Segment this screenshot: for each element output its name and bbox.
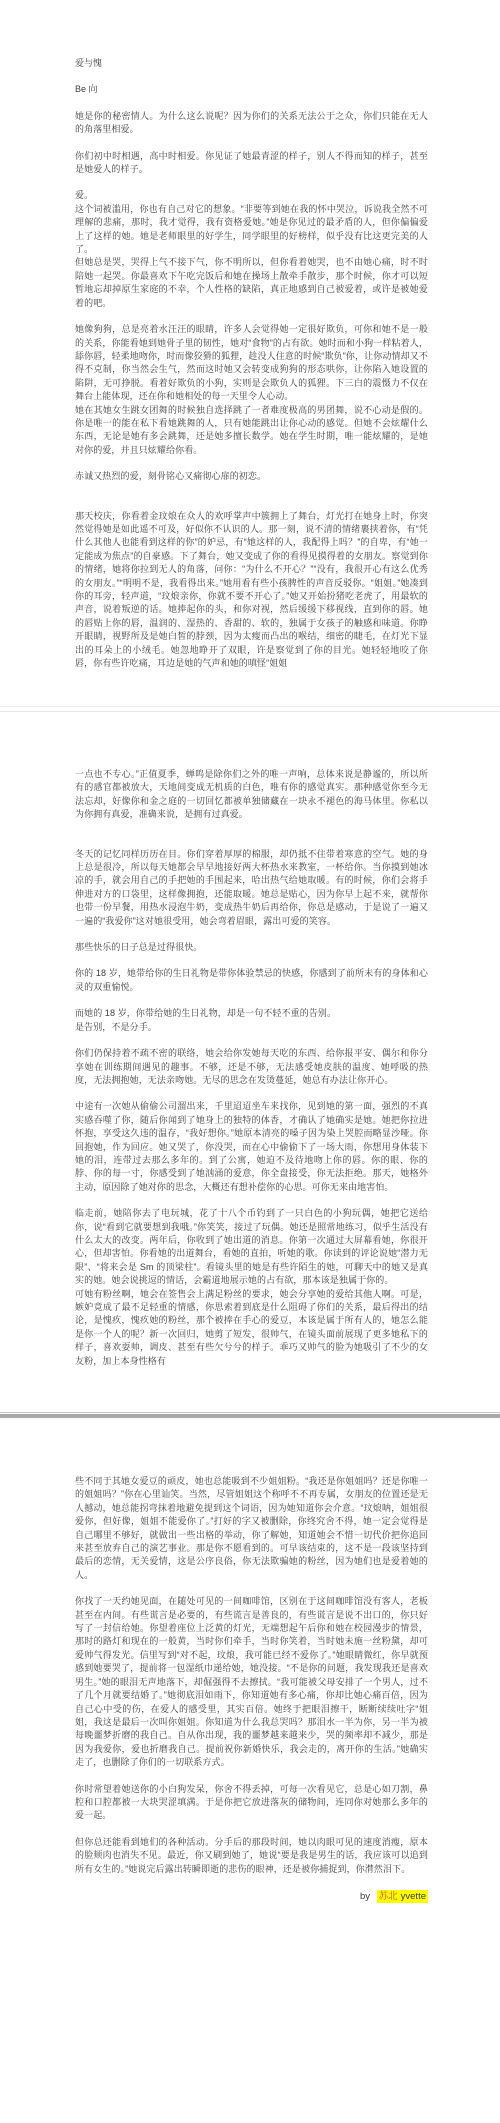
byline-author-name-cn: 苏北	[379, 1891, 398, 1902]
story-paragraph: 中途有一次她从偷偷公司溜出来，千里迢迢坐车来找你，见到她的第一面，强烈的不真实感…	[75, 1100, 428, 1194]
story-document: 爱与愧 Be 向 她是你的秘密情人。为什么这么说呢？因为你们的关系无法公于之众，…	[0, 0, 500, 2123]
byline: by 苏北yvette	[75, 1890, 428, 1904]
story-paragraph: 你的 18 岁，她带给你的生日礼物是带你体验禁忌的快感，你感到了前所未有的身体和…	[75, 967, 428, 994]
byline-prefix: by	[360, 1891, 370, 1902]
story-paragraph: 你们初中时相遇，高中时相爱。你见证了她最青涩的样子，别人不得而知的样子，甚至是她…	[75, 150, 428, 177]
story-paragraph: 你们仍保持着不疏不密的联络，她会给你发她每天吃的东西、给你报平安、偶尔和你分享她…	[75, 1047, 428, 1087]
story-paragraph: 你时常望着她送你的小白狗发呆，你舍不得丢掉，可每一次看见它，总是心如刀割，鼻腔和…	[75, 1783, 428, 1823]
story-paragraph: 爱。 这个词被滥用，你也有自己对它的想象。“非要等到她在我的怀中哭泣，诉说我全然…	[75, 189, 428, 310]
story-paragraph: 一点也不专心。”正值夏季，蝉鸣是除你们之外的唯一声响，总体来说是静谧的，所以所有…	[75, 768, 428, 822]
story-subtitle: Be 向	[75, 83, 428, 96]
story-paragraph: 但你总还能看到她们的各种活动。分手后的那段时间，她以肉眼可见的速度消瘦，原本的脸…	[75, 1836, 428, 1876]
story-paragraph: 她像狗狗，总是亮着水汪汪的眼睛，许多人会觉得她一定很好欺负，可你和她不是一般的关…	[75, 323, 428, 457]
byline-author-name-en: yvette	[401, 1891, 426, 1902]
story-paragraph: 些不同于其她女爱豆的顽皮，她也总能吸到不少姐姐粉。“我还是你姐姐吗？还是你唯一的…	[75, 1475, 428, 1582]
story-paragraph: 冬天的记忆同样历历在目。你们穿着厚厚的棉服，却仍抵不住带着寒意的空气。她的身上总…	[75, 848, 428, 928]
story-paragraph: 你找了一天约她见面，在随处可见的一间咖啡馆，区别在于这间咖啡馆没有客人，老板甚至…	[75, 1595, 428, 1769]
document-page-3: 些不同于其她女爱豆的顽皮，她也总能吸到不少姐姐粉。“我还是你姐姐吗？还是你唯一的…	[0, 1418, 500, 2123]
story-paragraph: 那些快乐的日子总是过得很快。	[75, 941, 428, 954]
story-paragraph: 那天校庆，你看着金玟烺在众人的欢呼掌声中簇拥上了舞台，灯光打在她身上时，你突然觉…	[75, 510, 428, 671]
story-title: 爱与愧	[75, 57, 428, 70]
story-paragraph: 而她的 18 岁，你带给她的生日礼物，却是一句不轻不重的告别。 是告别，不是分手…	[75, 1007, 428, 1034]
byline-author-highlight: 苏北yvette	[377, 1890, 428, 1903]
story-paragraph: 她是你的秘密情人。为什么这么说呢？因为你们的关系无法公于之众，你们只能在无人的角…	[75, 110, 428, 137]
document-page-1: 爱与愧 Be 向 她是你的秘密情人。为什么这么说呢？因为你们的关系无法公于之众，…	[0, 0, 500, 706]
story-paragraph: 临走前，她陪你去了电玩城，花了十八个币钓到了一只白色的小狗玩偶，她把它送给你，说…	[75, 1207, 428, 1368]
story-paragraph: 赤诚又热烈的爱，刻骨铭心又痛彻心扉的初恋。	[75, 470, 428, 483]
document-page-2: 一点也不专心。”正值夏季，蝉鸣是除你们之外的唯一声响，总体来说是静谧的，所以所有…	[0, 712, 500, 1412]
